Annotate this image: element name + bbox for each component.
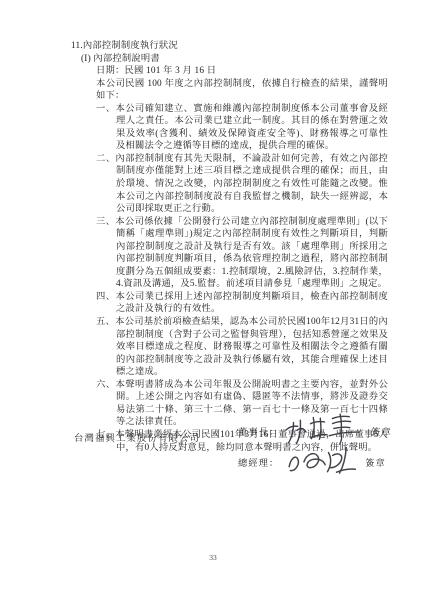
item-text: 本公司係依據「公開發行公司建立內部控制制度處理準則」(以下簡稱「處理準則」)規定…	[115, 217, 388, 290]
general-manager-seal-label: 簽章	[365, 455, 386, 469]
general-manager-signature-strokes	[282, 442, 360, 480]
statement-body: 11.內部控制制度執行狀況 (I) 內部控制說明書 日期：民國 101 年 3 …	[71, 40, 389, 454]
page-number: 33	[0, 553, 426, 562]
item-number: 一、	[96, 104, 115, 114]
item-number: 二、	[96, 154, 115, 164]
item-text: 內部控制制度有其先天限制，不論設計如何完善，有效之內部控制制度亦僅能對上述三項目…	[115, 154, 388, 214]
item-text: 本公司基於前項檢查結果，認為本公司於民國100年12月31日的內部控制制度（含對…	[115, 317, 388, 377]
section-heading: 11.內部控制制度執行狀況	[71, 40, 389, 53]
statement-intro: 本公司民國 100 年度之內部控制制度，依據自行檢查的結果，謹聲明如下：	[96, 78, 388, 103]
item-text: 本公司確知建立、實施和維護內部控制制度係本公司董事會及經理人之責任。本公司業已建…	[115, 104, 388, 152]
company-name: 台灣福興工業股份有限公司	[74, 430, 200, 444]
statement-text-block: 日期：民國 101 年 3 月 16 日 本公司民國 100 年度之內部控制制度…	[96, 65, 388, 454]
statement-item-5: 五、本公司基於前項檢查結果，認為本公司於民國100年12月31日的內部控制制度（…	[96, 316, 388, 379]
statement-item-4: 四、本公司業已採用上述內部控制制度判斷項目，檢查內部控制制度之設計及執行的有效性…	[96, 291, 388, 316]
general-manager-signature-row: 總經理： 簽章	[238, 452, 386, 471]
item-number: 四、	[96, 292, 115, 302]
statement-item-3: 三、本公司係依據「公開發行公司建立內部控制制度處理準則」(以下簡稱「處理準則」)…	[96, 216, 388, 291]
statement-item-2: 二、內部控制制度有其先天限制，不論設計如何完善，有效之內部控制制度亦僅能對上述三…	[96, 153, 388, 216]
chairman-signature-row: 董事長：	[238, 422, 392, 439]
general-manager-signature	[282, 442, 360, 483]
item-number: 六、	[96, 380, 115, 390]
item-number: 三、	[96, 217, 115, 227]
statement-item-1: 一、本公司確知建立、實施和維護內部控制制度係本公司董事會及經理人之責任。本公司業…	[96, 103, 388, 153]
chairman-seal-label: 簽章	[371, 424, 392, 438]
statement-date: 日期：民國 101 年 3 月 16 日	[96, 65, 388, 78]
item-number: 五、	[96, 317, 115, 327]
chairman-title: 董事長：	[238, 424, 279, 438]
item-text: 本公司業已採用上述內部控制制度判斷項目，檢查內部控制制度之設計及執行的有效性。	[115, 292, 388, 315]
signature-block: 台灣福興工業股份有限公司 董事長：	[72, 422, 402, 502]
general-manager-title: 總經理：	[238, 455, 279, 469]
scanned-report-page: { "document": { "heading": "11.內部控制制度執行狀…	[0, 0, 426, 600]
subsection-heading: (I) 內部控制說明書	[81, 53, 389, 66]
